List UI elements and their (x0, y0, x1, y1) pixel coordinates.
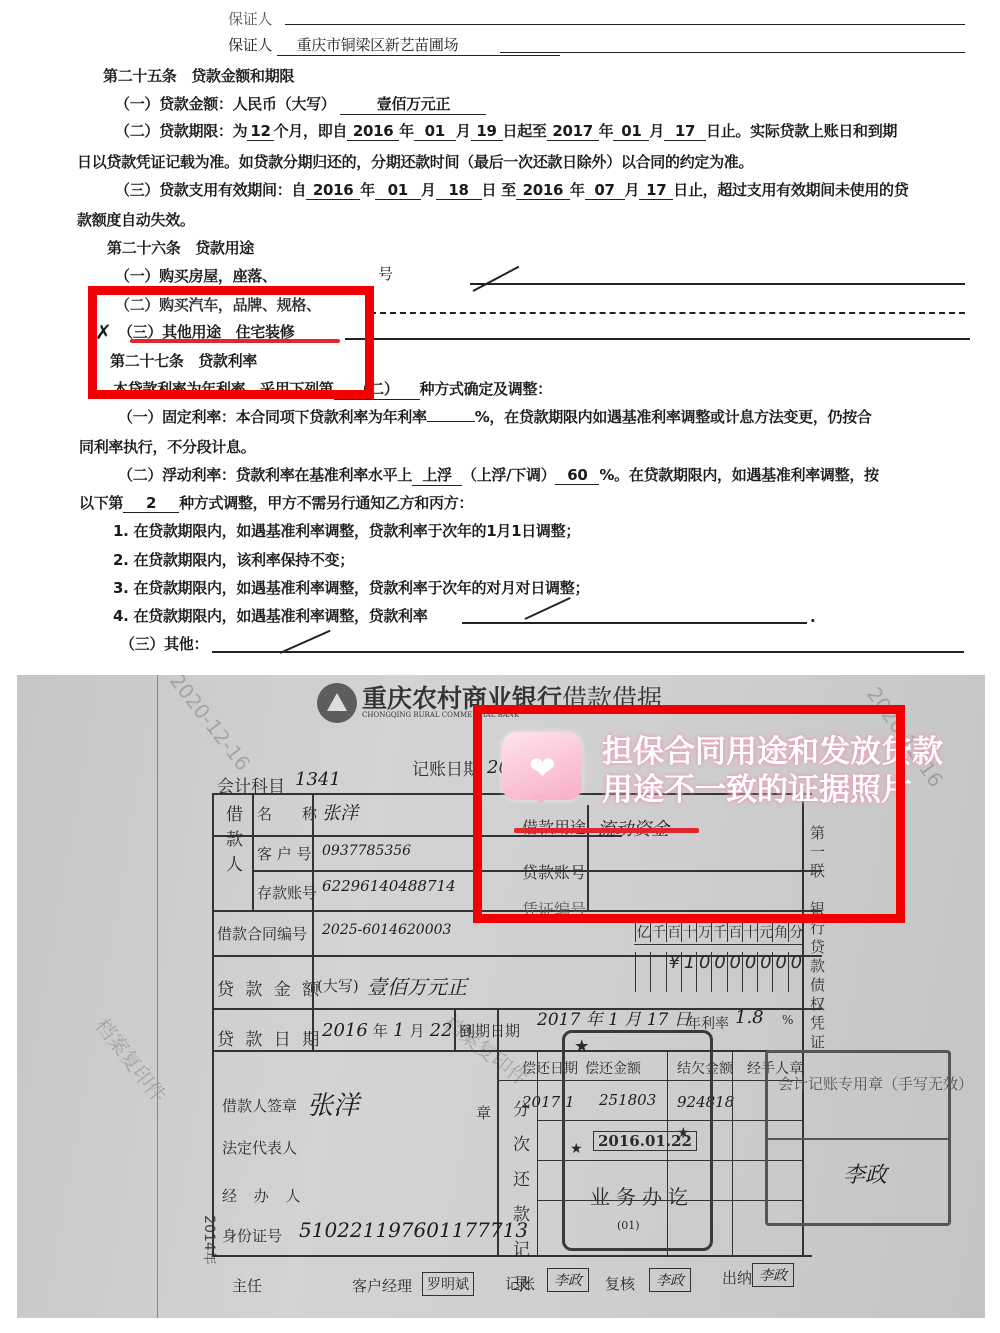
digit-value: 0 (711, 952, 727, 992)
strike-mark (525, 597, 571, 620)
review-seal: 李政 (649, 1268, 691, 1292)
table-line (454, 1008, 456, 1050)
table-line (252, 793, 254, 910)
contract-no-value: 2025-6014620003 (322, 922, 451, 938)
borrower-signature-label: 借款人签章 (222, 1095, 297, 1116)
business-completed-stamp: ★ ★ ★ 2016.01.22 业务办讫 (01) (562, 1030, 713, 1251)
rate-intro-text: 种方式确定及调整： (420, 380, 552, 398)
stamp-office: 业务办讫 (590, 1181, 694, 1210)
borrower-name-value: 张洋 (322, 799, 358, 825)
float-direction: 上浮 (412, 464, 462, 486)
loan-term-line: （二）贷款期限：为12个月，即自2016年01月19日起至2017年01月17日… (115, 120, 897, 141)
due-date-value: 2017 年 1 月 17 日 (537, 1005, 691, 1030)
deposit-account-label: 存款账号 (257, 882, 317, 903)
loan-date-value: 2016 年 1 月 22 日 (322, 1020, 473, 1041)
digit-header: 分 (788, 922, 804, 942)
term-end-month: 01 (613, 122, 649, 141)
loan-date-month: 1 (393, 1020, 404, 1041)
deposit-account-value: 62296140488714 (322, 877, 456, 895)
fixed-rate-value (427, 421, 475, 422)
guarantor-line-1: 保证人 (228, 8, 272, 29)
table-line (212, 1050, 822, 1052)
digit-value: 0 (696, 952, 712, 992)
term-start-day: 19 (471, 122, 503, 141)
term-end-year: 2017 (547, 122, 599, 141)
guarantor-underline-1 (285, 24, 965, 25)
term-start-year: 2016 (347, 122, 399, 141)
manager-seal: 罗明斌 (422, 1272, 474, 1296)
float-rate-text: （上浮/下调） (462, 466, 555, 484)
adjust-method-4: 4. 在贷款期限内，如遇基准利率调整，贷款利率 (113, 605, 427, 626)
amount-caps-value: 壹佰万元正 (367, 971, 467, 1000)
digit-value: ¥ (666, 952, 682, 992)
stamp-header: ★ (575, 1037, 588, 1055)
digit-header: 百 (727, 922, 743, 942)
table-line (212, 793, 214, 1255)
validity-text: 日止，超过支用有效期间未使用的贷 (673, 181, 908, 199)
table-line (212, 1008, 822, 1010)
fixed-rate-line: （一）固定利率：本合同项下贷款利率为年利率%，在贷款期限内如遇基准利率调整或计息… (118, 406, 872, 427)
term-text: 个月，即自 (274, 122, 348, 140)
date-watermark: 2020-12-16 (165, 675, 255, 775)
contract-scan: 保证人 保证人 重庆市铜梁区新艺苗圃场 第二十五条 贷款金额和期限 （一）贷款金… (0, 0, 1000, 665)
posting-seal: 李政 (547, 1268, 589, 1292)
validity-end-year: 2016 (516, 181, 570, 200)
validity-end-day: 17 (639, 181, 673, 200)
term-months: 12 (247, 122, 273, 141)
purpose-item-house-tail: 号 (378, 263, 393, 284)
table-line (732, 1050, 733, 1255)
accounting-seal-text: 会计记账专用章（手写无效） (778, 1073, 973, 1094)
amount-label: 贷 款 金 额 (217, 975, 322, 1000)
validity-start-year: 2016 (306, 181, 360, 200)
other-clause: （三）其他： (120, 633, 208, 654)
float-rate-value: 60 (555, 466, 599, 485)
validity-label: （三）贷款支用有效期间：自 (115, 181, 306, 199)
review-label: 复核 (605, 1273, 635, 1294)
term-label: （二）贷款期限：为 (115, 122, 247, 140)
loan-date-day: 22 (430, 1020, 453, 1041)
fold-line (157, 675, 158, 1318)
loan-date-label: 贷 款 日 期 (217, 1025, 322, 1050)
handler-label: 经 办 人 (222, 1185, 307, 1206)
purpose-other-line (345, 338, 970, 340)
stamp-code: (01) (617, 1219, 640, 1232)
archive-copy-watermark: 档案复印件 (90, 1011, 174, 1108)
float-rate-text: 以下第 (79, 494, 123, 512)
digit-header: 亿 (635, 922, 651, 942)
annual-rate-unit: % (782, 1013, 793, 1027)
digit-value: 0 (757, 952, 773, 992)
fixed-rate-line-2: 同利率执行，不分段计息。 (79, 436, 255, 457)
loan-term-line-2: 日以贷款凭证记载为准。如贷款分期归还的，分期还款时间（最后一次还款日除外）以合同… (77, 151, 753, 172)
table-line (537, 1050, 538, 1255)
highlight-box-receipt-purpose (473, 705, 905, 923)
posting-label: 记账 (505, 1273, 535, 1294)
account-subject-value: 1341 (295, 769, 341, 790)
loan-amount-line: （一）贷款金额：人民币（大写） 壹佰万元正 (115, 93, 486, 115)
other-blank (212, 651, 964, 653)
period-mark: . (810, 608, 815, 626)
digit-header: 千 (650, 922, 666, 942)
customer-no-label: 客 户 号 (257, 843, 312, 864)
fixed-rate-text: %，在贷款期限内如遇基准利率调整或计息方法变更，仍按合 (475, 408, 872, 426)
digit-value: 1 (681, 952, 697, 992)
validity-start-day: 18 (436, 181, 482, 200)
guarantor-label: 保证人 (228, 36, 272, 54)
stamp-date: 2016.01.22 (593, 1131, 697, 1151)
digit-header: 元 (757, 922, 773, 942)
digit-header: 百 (666, 922, 682, 942)
annual-rate-value: 1.8 (735, 1007, 764, 1028)
float-rate-line: （二）浮动利率：贷款利率在基准利率水平上上浮（上浮/下调）60%。在贷款期限内，… (118, 464, 879, 486)
bank-logo-icon (317, 683, 357, 723)
digit-value (635, 952, 651, 992)
director-label: 主任 (232, 1275, 262, 1296)
method-4-blank (462, 622, 807, 624)
digit-value: 0 (772, 952, 788, 992)
contract-no-label: 借款合同编号 (217, 923, 307, 944)
digit-value: 0 (788, 952, 804, 992)
purpose-car-line (370, 312, 965, 314)
seal-label: 章 (473, 1105, 494, 1160)
float-rate-line-2: 以下第2种方式调整，甲方不需另行通知乙方和丙方： (79, 492, 473, 513)
article-26-heading: 第二十六条 贷款用途 (107, 237, 254, 258)
digit-header: 十 (681, 922, 697, 942)
digit-value (650, 952, 666, 992)
due-date-label: 到期日期 (460, 1020, 520, 1041)
validity-end-month: 07 (585, 181, 625, 200)
adjust-method-3: 3. 在贷款期限内，如遇基准利率调整，贷款利率于次年的对月对日调整； (113, 577, 589, 598)
guarantor-underline-2 (500, 52, 965, 53)
manager-label: 客户经理 (352, 1275, 412, 1296)
amount-digit-grid: 亿千百¥十1万0千0百0十0元0角0分0 (634, 920, 802, 1000)
loan-date-year: 2016 (322, 1020, 368, 1041)
digit-value: 0 (742, 952, 758, 992)
purpose-item-house: （一）购买房屋，座落、 (115, 265, 277, 286)
cashier-seal: 李政 (752, 1263, 794, 1287)
guarantor-label: 保证人 (228, 10, 272, 28)
borrower-signature: 张洋 (307, 1085, 359, 1122)
amount-caps-label: (大写) (317, 975, 359, 996)
validity-line: （三）贷款支用有效期间：自2016年01月18日 至2016年07月17日止，超… (115, 179, 908, 200)
term-text: 日止。实际贷款上账日和到期 (706, 122, 897, 140)
fixed-rate-text: （一）固定利率：本合同项下贷款利率为年利率 (118, 408, 427, 426)
float-method-number: 2 (123, 494, 179, 513)
loan-amount-value: 壹佰万元正 (340, 93, 486, 115)
validity-line-2: 款额度自动失效。 (77, 209, 195, 230)
posting-date-label: 记账日期 (412, 755, 480, 780)
table-line (312, 793, 314, 1050)
digit-value: 0 (727, 952, 743, 992)
adjust-method-1: 1. 在贷款期限内，如遇基准利率调整，贷款利率于次年的1月1日调整； (113, 520, 580, 541)
accounting-seal-signature: 李政 (843, 1158, 887, 1189)
highlight-box-contract-purpose (88, 286, 374, 399)
customer-no-value: 0937785356 (322, 843, 411, 859)
star-icon: ★ (570, 1141, 583, 1157)
adjust-method-2: 2. 在贷款期限内，该利率保持不变； (113, 549, 354, 570)
form-year-print: 2014年 (200, 1215, 220, 1265)
purpose-house-line (470, 283, 965, 285)
borrower-group-label: 借款人 (220, 805, 245, 880)
float-rate-text: （二）浮动利率：贷款利率在基准利率水平上 (118, 466, 412, 484)
name-label: 名 称 (257, 803, 317, 824)
digit-header: 万 (696, 922, 712, 942)
validity-start-month: 01 (375, 181, 421, 200)
legal-rep-label: 法定代表人 (222, 1137, 297, 1158)
validity-text: 日 至 (482, 181, 516, 199)
loan-receipt-photo: 2020-12-16 2020-12-16 档案复印件 档案复印件 2014年 … (17, 675, 985, 1318)
float-rate-text: 种方式调整，甲方不需另行通知乙方和丙方： (179, 494, 473, 512)
id-number-label: 身份证号 (222, 1225, 282, 1246)
term-end-day: 17 (664, 122, 706, 141)
article-25-heading: 第二十五条 贷款金额和期限 (103, 65, 294, 86)
id-number-value: 510221197601177713 (299, 1218, 528, 1242)
strike-mark (473, 266, 520, 292)
term-start-month: 01 (414, 122, 456, 141)
digit-header: 角 (772, 922, 788, 942)
accounting-seal: 会计记账专用章（手写无效） 李政 (765, 1050, 951, 1226)
cashier-label: 出纳 (722, 1267, 752, 1288)
float-rate-text: %。在贷款期限内，如遇基准利率调整，按 (599, 466, 878, 484)
digit-header: 千 (711, 922, 727, 942)
digit-header: 十 (742, 922, 758, 942)
loan-amount-label: （一）贷款金额：人民币（大写） (115, 95, 336, 113)
term-text: 日起至 (503, 122, 547, 140)
